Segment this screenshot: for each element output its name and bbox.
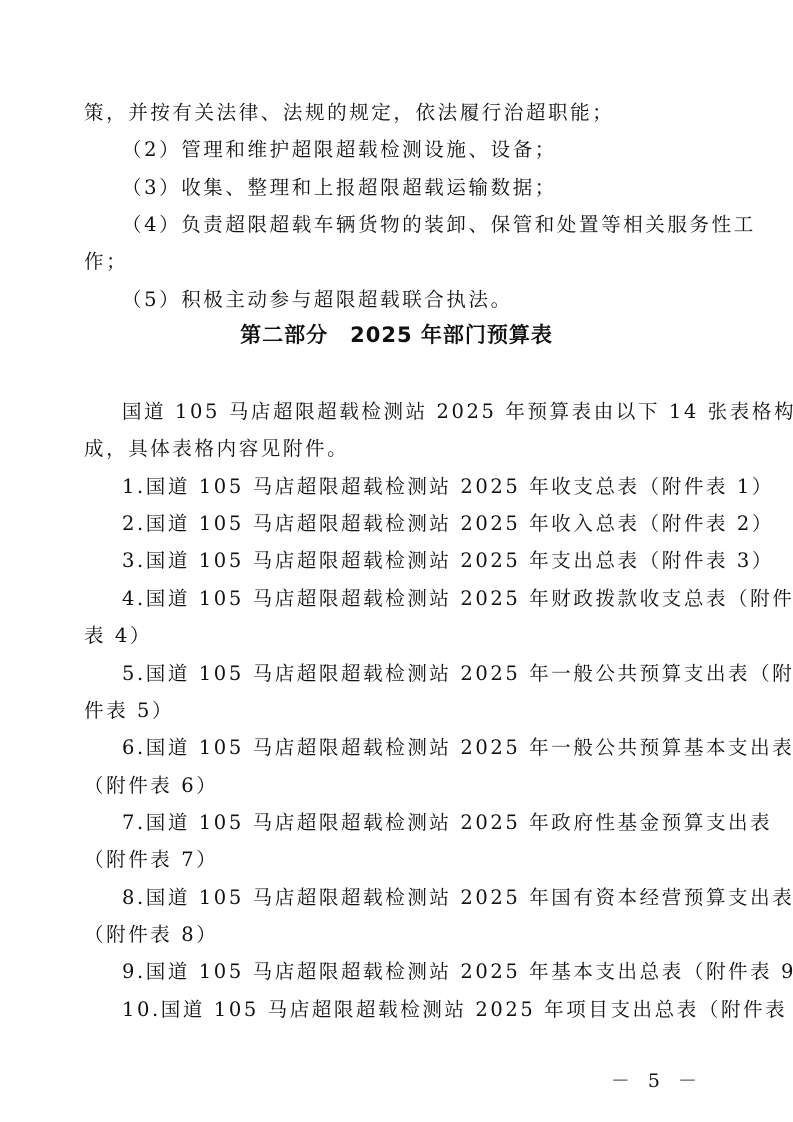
text-line: （2）管理和维护超限超载检测设施、设备； (122, 138, 729, 162)
intro-line: 成，具体表格内容见附件。 (84, 437, 729, 461)
list-item: 10.国道 105 马店超限超载检测站 2025 年项目支出总表（附件表 (122, 998, 729, 1022)
text-line: （5）积极主动参与超限超载联合执法。 (122, 288, 729, 312)
page-number: － 5 － (611, 1066, 703, 1093)
text-line: （4）负责超限超载车辆货物的装卸、保管和处置等相关服务性工 (122, 213, 729, 237)
list-item: 2.国道 105 马店超限超载检测站 2025 年收入总表（附件表 2） (122, 512, 729, 536)
section-heading: 第二部分 2025 年部门预算表 (0, 322, 793, 348)
list-item-continuation: 件表 5） (84, 699, 729, 723)
list-item-continuation: （附件表 8） (84, 923, 729, 947)
text-line: （3）收集、整理和上报超限超载运输数据； (122, 176, 729, 200)
list-item-continuation: （附件表 7） (84, 848, 729, 872)
list-item: 4.国道 105 马店超限超载检测站 2025 年财政拨款收支总表（附件 (122, 587, 729, 611)
intro-line: 国道 105 马店超限超载检测站 2025 年预算表由以下 14 张表格构 (122, 400, 729, 424)
list-item: 8.国道 105 马店超限超载检测站 2025 年国有资本经营预算支出表 (122, 886, 729, 910)
document-page: 策，并按有关法律、法规的规定，依法履行治超职能； （2）管理和维护超限超载检测设… (0, 0, 793, 1122)
text-line: 策，并按有关法律、法规的规定，依法履行治超职能； (84, 101, 729, 125)
list-item: 3.国道 105 马店超限超载检测站 2025 年支出总表（附件表 3） (122, 549, 729, 573)
list-item: 6.国道 105 马店超限超载检测站 2025 年一般公共预算基本支出表 (122, 736, 729, 760)
list-item: 7.国道 105 马店超限超载检测站 2025 年政府性基金预算支出表 (122, 811, 729, 835)
list-item: 9.国道 105 马店超限超载检测站 2025 年基本支出总表（附件表 9） (122, 960, 729, 984)
list-item-continuation: （附件表 6） (84, 774, 729, 798)
list-item: 1.国道 105 马店超限超载检测站 2025 年收支总表（附件表 1） (122, 475, 729, 499)
list-item-continuation: 表 4） (84, 624, 729, 648)
text-line: 作； (84, 250, 729, 274)
list-item: 5.国道 105 马店超限超载检测站 2025 年一般公共预算支出表（附 (122, 662, 729, 686)
